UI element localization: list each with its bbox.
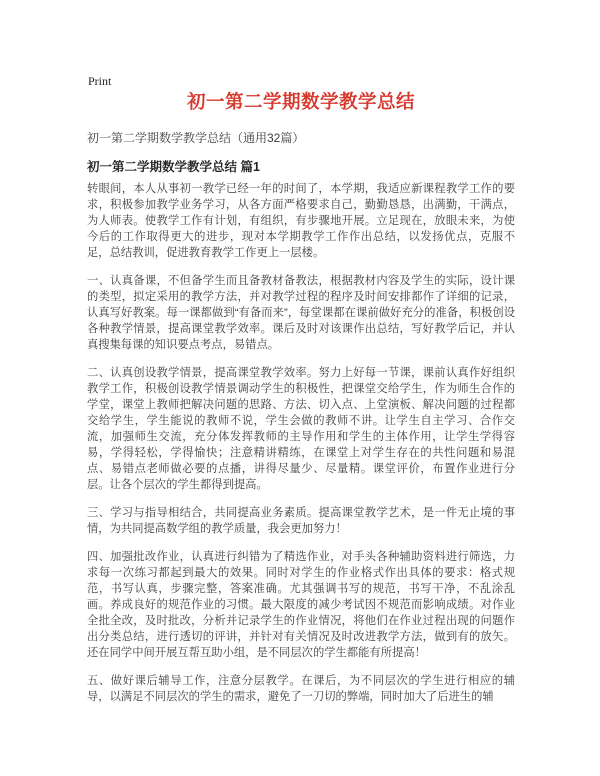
paragraph-list: 转眼间，本人从事初一教学已经一年的时间了，本学期，我适应新课程教学工作的要求，积…: [87, 181, 515, 705]
paragraph: 五、做好课后辅导工作，注意分层教学。在课后，为不同层次的学生进行相应的辅导，以满…: [87, 673, 515, 705]
paragraph: 四、加强批改作业，认真进行纠错为了精选作业，对手头各种辅助资料进行筛选，力求每一…: [87, 549, 515, 661]
paragraph: 三、学习与指导相结合，共同提高业务素质。提高课堂教学艺术，是一件无止境的事情，为…: [87, 505, 515, 537]
page-title: 初一第二学期数学教学总结: [87, 91, 515, 112]
document-subtitle: 初一第二学期数学教学总结（通用32篇）: [87, 131, 515, 146]
document-page: { "toolbar": { "print_label": "Print" },…: [0, 0, 600, 776]
paragraph: 一、认真备课，不但备学生而且备教材备教法，根据教材内容及学生的实际，设计课的类型…: [87, 273, 515, 353]
document-body: 初一第二学期数学教学总结 初一第二学期数学教学总结（通用32篇） 初一第二学期数…: [87, 0, 515, 717]
paragraph: 二、认真创设教学情景，提高课堂教学效率。努力上好每一节课，课前认真作好组织教学工…: [87, 365, 515, 493]
paragraph: 转眼间，本人从事初一教学已经一年的时间了，本学期，我适应新课程教学工作的要求，积…: [87, 181, 515, 261]
section-heading: 初一第二学期数学教学总结 篇1: [87, 159, 515, 175]
